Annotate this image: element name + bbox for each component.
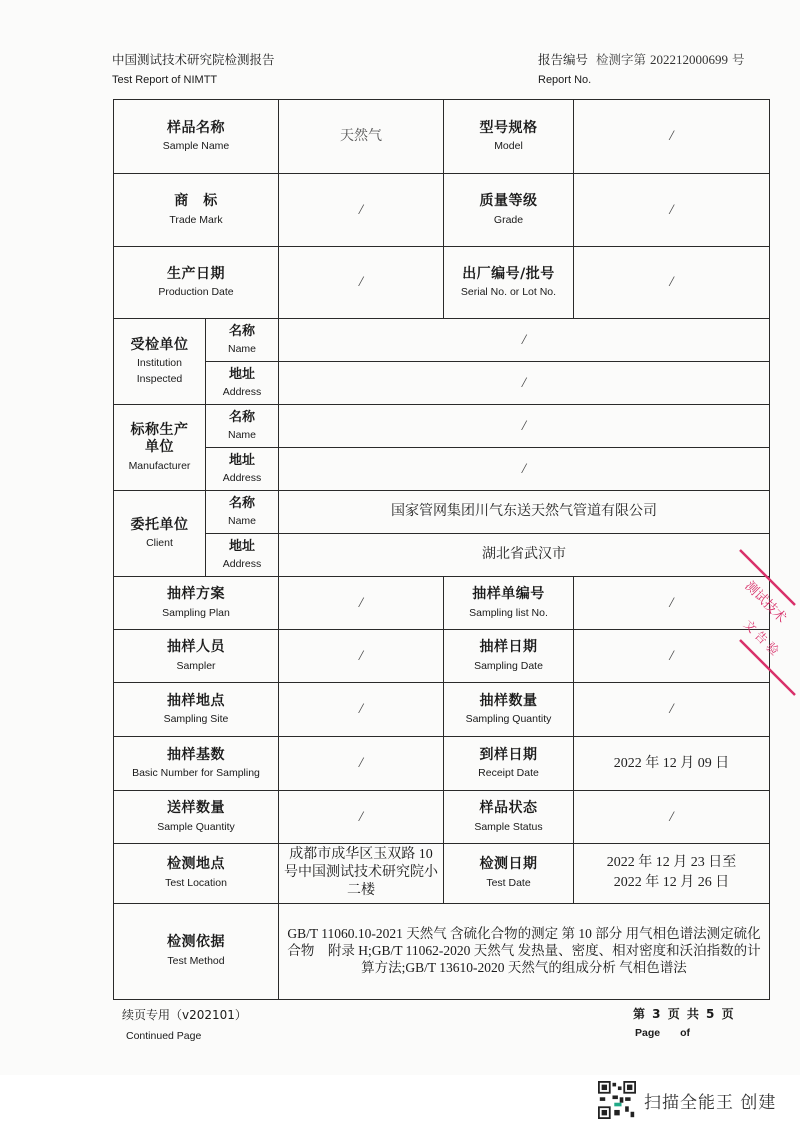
continued-page-label-en: Continued Page <box>126 1030 201 1042</box>
scanner-watermark: 扫描全能王 创建 <box>598 1081 776 1119</box>
sampler-label: 抽样人员 Sampler <box>114 630 279 683</box>
report-info-table: 样品名称 Sample Name 天然气 型号规格 Model / 商 标 Tr… <box>113 99 770 1000</box>
table-row: 抽样基数 Basic Number for Sampling / 到样日期 Re… <box>114 737 770 791</box>
sampling-quantity-label: 抽样数量 Sampling Quantity <box>444 683 574 737</box>
page-indicator-en: Pageof <box>635 1027 690 1039</box>
institution-name-label: 名称 Name <box>206 319 279 362</box>
model-value: / <box>574 100 770 174</box>
table-row: 生产日期 Production Date / 出厂编号/批号 Serial No… <box>114 247 770 319</box>
report-no-prefix: 检测字第 <box>596 52 646 67</box>
page-indicator: 第 3 页 共 5 页 <box>633 1005 734 1022</box>
grade-label: 质量等级 Grade <box>444 174 574 247</box>
grade-value: / <box>574 174 770 247</box>
report-no-label-en: Report No. <box>538 74 591 86</box>
manufacturer-name-value: / <box>279 405 770 448</box>
table-row: 抽样人员 Sampler / 抽样日期 Sampling Date / <box>114 630 770 683</box>
test-method-label: 检测依据 Test Method <box>114 903 279 999</box>
table-row: 委托单位 Client 名称 Name 国家管网集团川气东送天然气管道有限公司 <box>114 491 770 534</box>
test-location-label: 检测地点 Test Location <box>114 844 279 904</box>
table-row: 检测依据 Test Method GB/T 11060.10-2021 天然气 … <box>114 903 770 999</box>
test-date-value: 2022 年 12 月 23 日至 2022 年 12 月 26 日 <box>574 844 770 904</box>
table-row: 样品名称 Sample Name 天然气 型号规格 Model / <box>114 100 770 174</box>
table-row: 地址 Address 湖北省武汉市 <box>114 534 770 577</box>
receipt-date-value: 2022 年 12 月 09 日 <box>574 737 770 791</box>
report-title-en: Test Report of NIMTT <box>112 74 217 86</box>
sampling-date-value: / <box>574 630 770 683</box>
table-row: 受检单位 Institution Inspected 名称 Name / <box>114 319 770 362</box>
manufacturer-address-label: 地址 Address <box>206 448 279 491</box>
sampling-list-no-label: 抽样单编号 Sampling list No. <box>444 577 574 630</box>
client-name-value: 国家管网集团川气东送天然气管道有限公司 <box>279 491 770 534</box>
report-title-cn: 中国测试技术研究院检测报告 <box>112 50 275 68</box>
table-row: 地址 Address / <box>114 448 770 491</box>
manufacturer-label: 标称生产 单位 Manufacturer <box>114 405 206 491</box>
scanner-app-text: 扫描全能王 创建 <box>644 1088 776 1113</box>
trade-mark-label: 商 标 Trade Mark <box>114 174 279 247</box>
basic-number-label: 抽样基数 Basic Number for Sampling <box>114 737 279 791</box>
sample-quantity-value: / <box>279 791 444 844</box>
receipt-date-label: 到样日期 Receipt Date <box>444 737 574 791</box>
institution-address-value: / <box>279 362 770 405</box>
report-no-value: 202212000699 <box>650 52 728 67</box>
table-row: 送样数量 Sample Quantity / 样品状态 Sample Statu… <box>114 791 770 844</box>
table-row: 标称生产 单位 Manufacturer 名称 Name / <box>114 405 770 448</box>
serial-no-label: 出厂编号/批号 Serial No. or Lot No. <box>444 247 574 319</box>
sampler-value: / <box>279 630 444 683</box>
model-label: 型号规格 Model <box>444 100 574 174</box>
report-number: 报告编号 检测字第 202212000699 号 <box>538 50 744 68</box>
test-location-value: 成都市成华区玉双路 10 号中国测试技术研究院小二楼 <box>279 844 444 904</box>
table-row: 商 标 Trade Mark / 质量等级 Grade / <box>114 174 770 247</box>
report-page: 中国测试技术研究院检测报告 Test Report of NIMTT 报告编号 … <box>0 0 800 1075</box>
table-row: 地址 Address / <box>114 362 770 405</box>
client-address-value: 湖北省武汉市 <box>279 534 770 577</box>
sampling-plan-value: / <box>279 577 444 630</box>
report-no-suffix: 号 <box>732 52 745 67</box>
sample-status-label: 样品状态 Sample Status <box>444 791 574 844</box>
sample-name-label: 样品名称 Sample Name <box>114 100 279 174</box>
client-address-label: 地址 Address <box>206 534 279 577</box>
continued-page-label: 续页专用（v202101） <box>122 1006 247 1023</box>
test-date-label: 检测日期 Test Date <box>444 844 574 904</box>
manufacturer-name-label: 名称 Name <box>206 405 279 448</box>
sampling-site-label: 抽样地点 Sampling Site <box>114 683 279 737</box>
sample-name-value: 天然气 <box>279 100 444 174</box>
qr-code-icon <box>598 1081 636 1119</box>
sampling-list-no-value: / <box>574 577 770 630</box>
institution-label: 受检单位 Institution Inspected <box>114 319 206 405</box>
institution-address-label: 地址 Address <box>206 362 279 405</box>
client-label: 委托单位 Client <box>114 491 206 577</box>
client-name-label: 名称 Name <box>206 491 279 534</box>
trade-mark-value: / <box>279 174 444 247</box>
production-date-value: / <box>279 247 444 319</box>
manufacturer-address-value: / <box>279 448 770 491</box>
table-row: 抽样地点 Sampling Site / 抽样数量 Sampling Quant… <box>114 683 770 737</box>
sampling-plan-label: 抽样方案 Sampling Plan <box>114 577 279 630</box>
sample-quantity-label: 送样数量 Sample Quantity <box>114 791 279 844</box>
sampling-date-label: 抽样日期 Sampling Date <box>444 630 574 683</box>
test-method-value: GB/T 11060.10-2021 天然气 含硫化合物的测定 第 10 部分 … <box>279 903 770 999</box>
institution-name-value: / <box>279 319 770 362</box>
production-date-label: 生产日期 Production Date <box>114 247 279 319</box>
table-row: 抽样方案 Sampling Plan / 抽样单编号 Sampling list… <box>114 577 770 630</box>
table-row: 检测地点 Test Location 成都市成华区玉双路 10 号中国测试技术研… <box>114 844 770 904</box>
report-no-label: 报告编号 <box>538 52 588 67</box>
sampling-quantity-value: / <box>574 683 770 737</box>
sampling-site-value: / <box>279 683 444 737</box>
basic-number-value: / <box>279 737 444 791</box>
sample-status-value: / <box>574 791 770 844</box>
serial-no-value: / <box>574 247 770 319</box>
